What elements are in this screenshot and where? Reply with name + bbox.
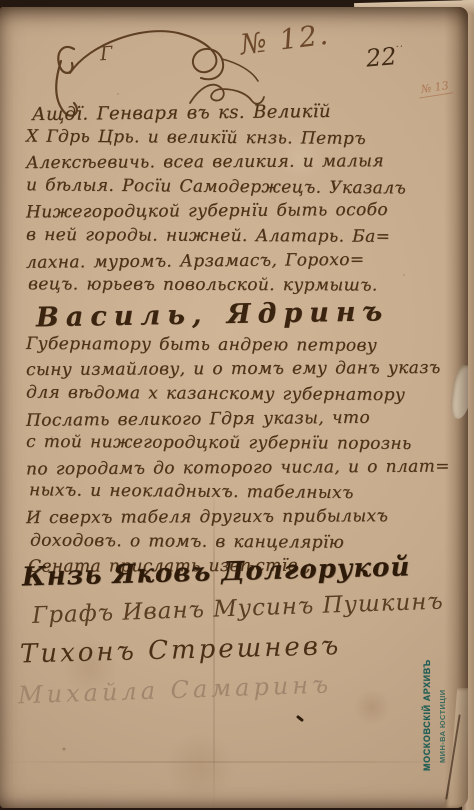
manuscript-line: доходовъ. о томъ. в канцелярїю <box>26 528 440 555</box>
manuscript-page: Г № 12. 22·· № 13 Ащдї. Генваря въ кѕ. В… <box>0 7 468 808</box>
manuscript-line: И сверхъ табеля другихъ прибылыхъ <box>26 504 440 531</box>
archive-stamp-line-main: МОСКОВСКІЙ АРХИВЪ <box>422 659 432 771</box>
folio-number: 22·· <box>365 41 406 72</box>
manuscript-line: для вѣдома х казанскому губернатору <box>26 380 440 407</box>
manuscript-line: сыну измайлову, и о томъ ему данъ указъ <box>26 356 440 383</box>
manuscript-line: Послать великого Гдря указы, что <box>26 405 440 433</box>
manuscript-line: Алексѣевичь. всеа великия. и малыя <box>26 149 440 176</box>
horizontal-crease <box>0 761 468 763</box>
folio-ticks: ·· <box>395 41 404 53</box>
signature-streshnev: Тихонъ Стрешневъ <box>16 628 447 669</box>
signature-samarin-faded: Михайла Самаринъ <box>16 667 447 710</box>
manuscript-line: с той нижегородцкой губернїи порознь <box>26 430 440 457</box>
right-fold-shadow <box>444 7 468 808</box>
signature-musin-pushkin: Графъ Иванъ Мусинъ Пушкинъ <box>16 589 447 630</box>
manuscript-text-block: Ащдї. Генваря въ кѕ. Великїй Х Гдрь Црь.… <box>26 101 440 579</box>
manuscript-line: Ащдї. Генваря въ кѕ. Великїй <box>26 99 440 128</box>
manuscript-line: Губернатору быть андрею петрову <box>26 332 440 359</box>
signature-dolgoruky: Кнзь Яковъ Долгорукой <box>16 551 447 592</box>
manuscript-line: по городамъ до которого числа, и о плат= <box>26 454 440 481</box>
signature-block: Кнзь Яковъ Долгорукой Графъ Иванъ Мусинъ… <box>16 557 446 702</box>
manuscript-line: Х Гдрь Црь. и великїй кнзь. Петръ <box>26 124 440 151</box>
manuscript-line: лахна. муромъ. Арзамасъ, Горохо= <box>26 247 440 275</box>
manuscript-line: Нижегородцкой губернїи быть особо <box>26 198 440 225</box>
manuscript-line-emphasis: Василь, Ядринъ <box>26 294 441 336</box>
flourish-letter: Г <box>99 43 113 66</box>
folio-number-value: 22 <box>365 42 398 73</box>
stray-ink-mark <box>296 715 304 722</box>
manuscript-line: ныхъ. и неокладныхъ. табелныхъ <box>26 479 440 507</box>
manuscript-line: и бѣлыя. Росїи Самодержецъ. Указалъ <box>26 173 440 201</box>
manuscript-line: в ней городы. нижней. Алатарь. Ба= <box>26 223 440 250</box>
